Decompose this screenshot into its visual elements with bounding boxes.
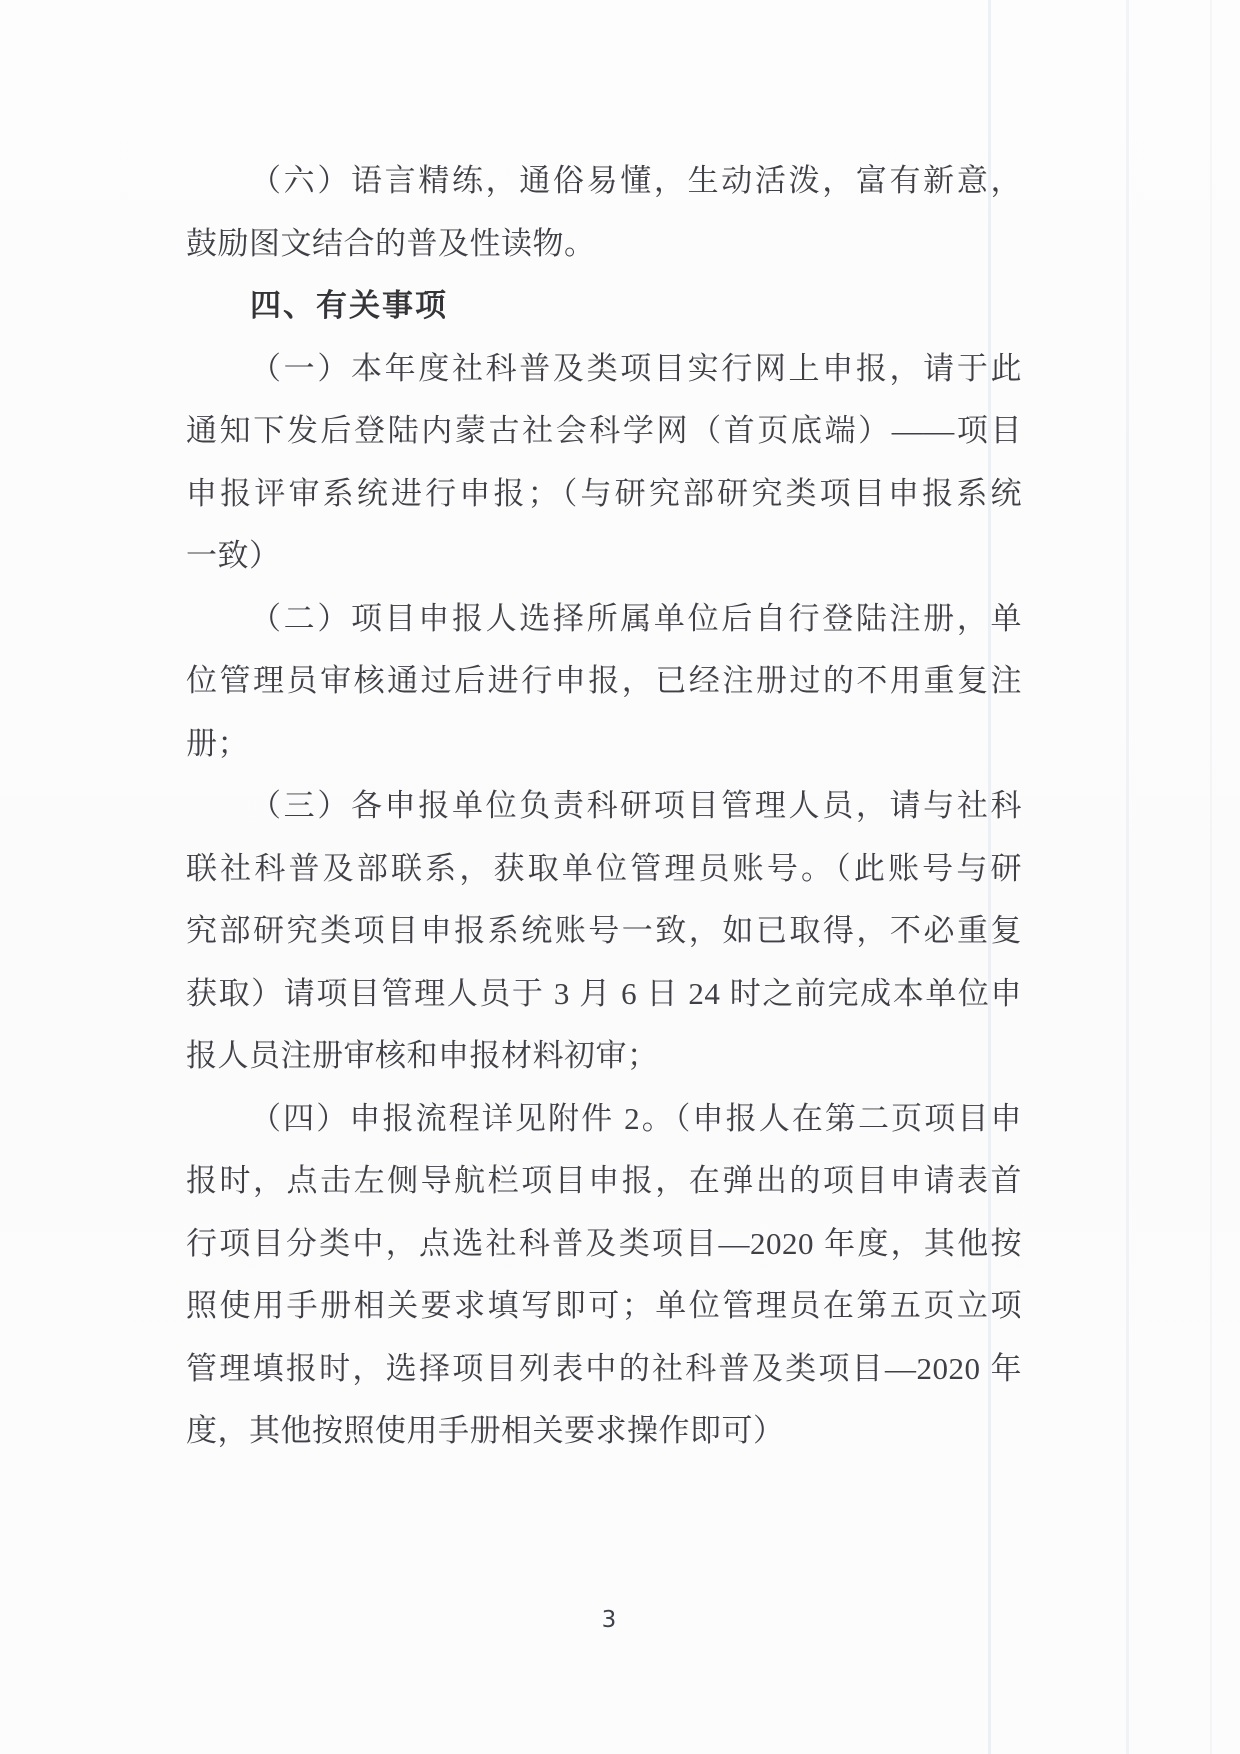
document-line: （四）申报流程详见附件 2。（申报人在第二页项目申: [186, 1088, 1022, 1151]
document-line: 度，其他按照使用手册相关要求操作即可）: [186, 1400, 1022, 1463]
document-line: 四、有关事项: [186, 275, 1022, 338]
document-line: （二）项目申报人选择所属单位后自行登陆注册，单: [186, 588, 1022, 651]
document-line: 获取）请项目管理人员于 3 月 6 日 24 时之前完成本单位申: [186, 963, 1022, 1026]
document-line: 管理填报时，选择项目列表中的社科普及类项目—2020 年: [186, 1338, 1022, 1401]
document-line: 一致）: [186, 525, 1022, 588]
document-line: 册；: [186, 713, 1022, 776]
document-line: 联社科普及部联系，获取单位管理员账号。（此账号与研: [186, 838, 1022, 901]
document-line: 申报评审系统进行申报；（与研究部研究类项目申报系统: [186, 463, 1022, 526]
document-line: （三）各申报单位负责科研项目管理人员，请与社科: [186, 775, 1022, 838]
document-line: 位管理员审核通过后进行申报，已经注册过的不用重复注: [186, 650, 1022, 713]
document-body: （六）语言精练，通俗易懂，生动活泼，富有新意，鼓励图文结合的普及性读物。四、有关…: [186, 150, 1022, 1463]
document-page: （六）语言精练，通俗易懂，生动活泼，富有新意，鼓励图文结合的普及性读物。四、有关…: [0, 0, 1240, 1754]
document-line: （六）语言精练，通俗易懂，生动活泼，富有新意，: [186, 150, 1022, 213]
document-line: 行项目分类中，点选社科普及类项目—2020 年度，其他按: [186, 1213, 1022, 1276]
page-number: 3: [0, 1607, 1218, 1633]
document-line: 究部研究类项目申报系统账号一致，如已取得，不必重复: [186, 900, 1022, 963]
document-line: （一）本年度社科普及类项目实行网上申报，请于此: [186, 338, 1022, 401]
document-line: 报人员注册审核和申报材料初审；: [186, 1025, 1022, 1088]
document-line: 鼓励图文结合的普及性读物。: [186, 213, 1022, 276]
document-line: 报时，点击左侧导航栏项目申报，在弹出的项目申请表首: [186, 1150, 1022, 1213]
document-line: 通知下发后登陆内蒙古社会科学网（首页底端）——项目: [186, 400, 1022, 463]
document-line: 照使用手册相关要求填写即可；单位管理员在第五页立项: [186, 1275, 1022, 1338]
